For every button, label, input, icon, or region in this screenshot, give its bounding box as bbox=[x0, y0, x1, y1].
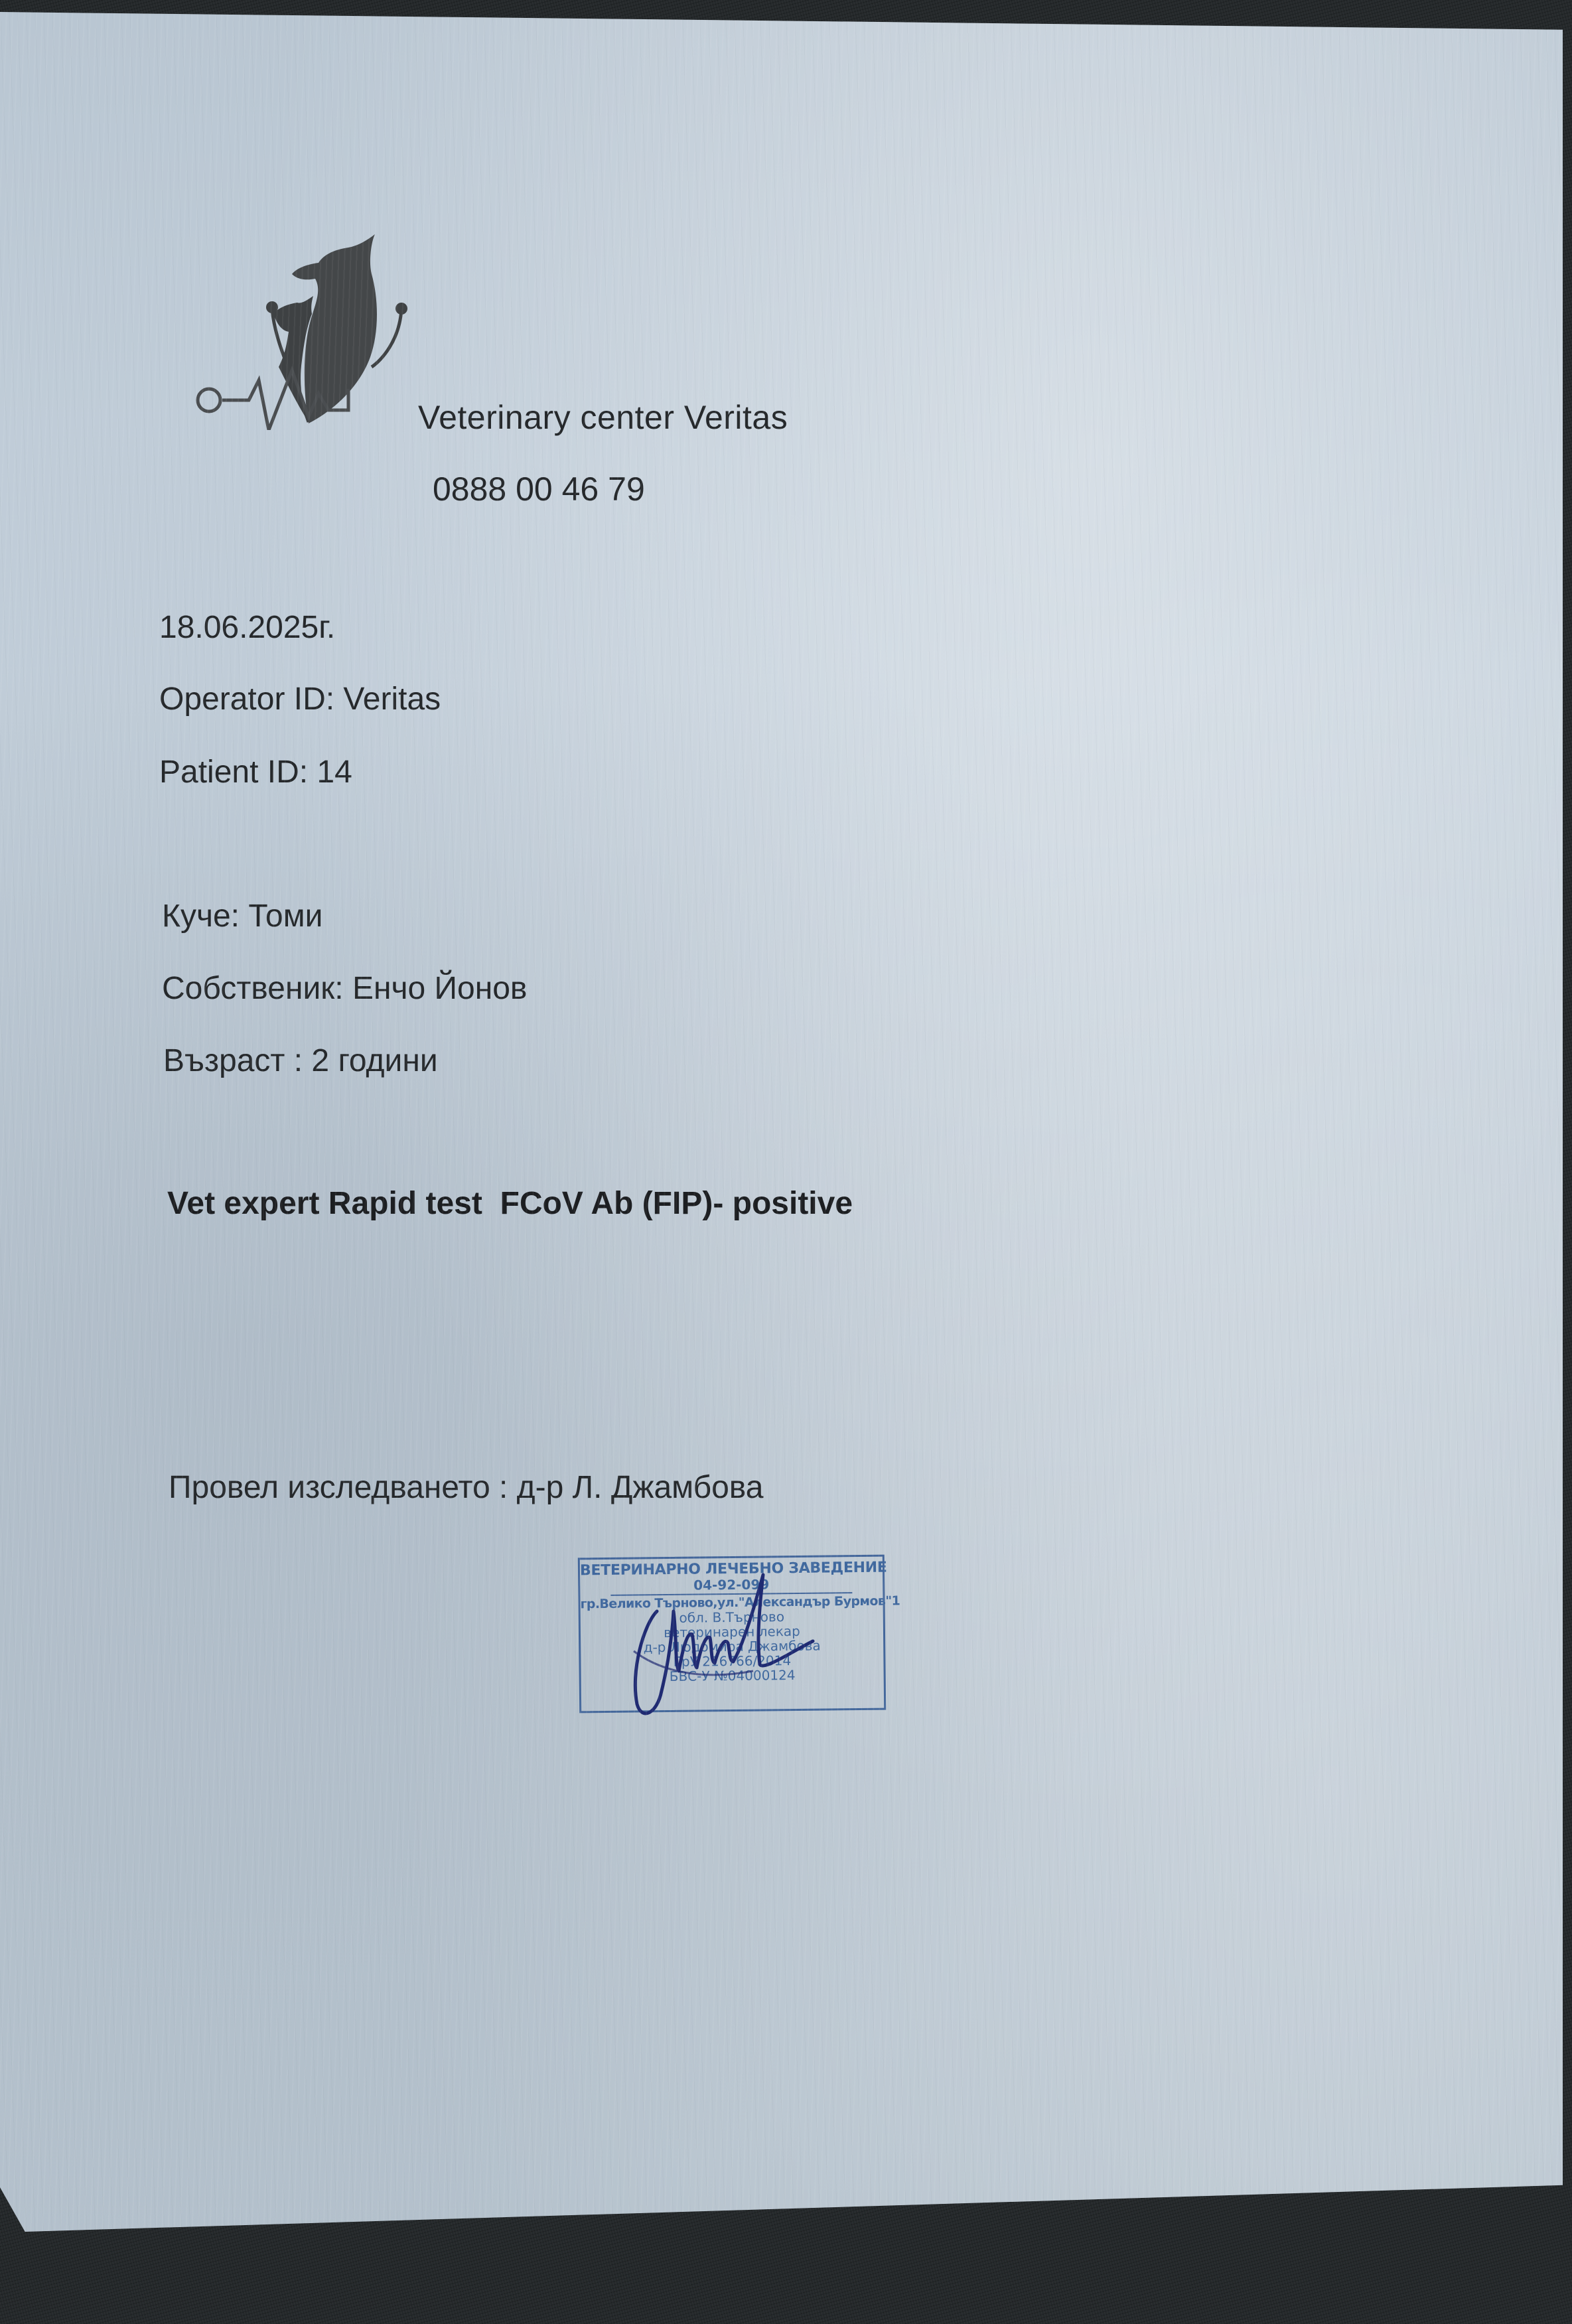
stamp-role: ветеринарен лекар bbox=[581, 1624, 883, 1640]
animal-age: Възраст : 2 години bbox=[163, 1043, 438, 1079]
stamp-doctor: д-р Людомира Джамбова bbox=[581, 1638, 883, 1655]
test-date: 18.06.2025г. bbox=[159, 609, 335, 646]
stamp-title: ВЕТЕРИНАРНО ЛЕЧЕБНО ЗАВЕДЕНИЕ bbox=[580, 1561, 883, 1579]
document-sheet: Veterinary center Veritas 0888 00 46 79 … bbox=[0, 12, 1563, 2232]
stamp-region: обл. В.Търново bbox=[581, 1609, 883, 1626]
clinic-phone: 0888 00 46 79 bbox=[433, 470, 645, 508]
stamp-code: 04-92-099 bbox=[580, 1577, 883, 1593]
stamp-registration: ГрУ 216766/2014 bbox=[581, 1653, 883, 1670]
animal-name: Куче: Томи bbox=[162, 898, 322, 934]
clinic-stamp: ВЕТЕРИНАРНО ЛЕЧЕБНО ЗАВЕДЕНИЕ 04-92-099 … bbox=[578, 1555, 886, 1713]
test-result: Vet expert Rapid test FCoV Ab (FIP)- pos… bbox=[167, 1185, 853, 1222]
patient-id: Patient ID: 14 bbox=[159, 754, 352, 790]
owner-name: Собственик: Енчо Йонов bbox=[162, 970, 527, 1007]
stamp-address: гр.Велико Търново,ул."Александър Бурмов"… bbox=[580, 1595, 883, 1611]
vet-logo-icon bbox=[159, 211, 425, 430]
operator-id: Operator ID: Veritas bbox=[159, 681, 441, 717]
performed-by: Провел изследването : д-р Л. Джамбова bbox=[169, 1469, 763, 1506]
clinic-name: Veterinary center Veritas bbox=[418, 398, 788, 437]
stamp-bvs-number: БВС-У №04000124 bbox=[581, 1668, 884, 1684]
